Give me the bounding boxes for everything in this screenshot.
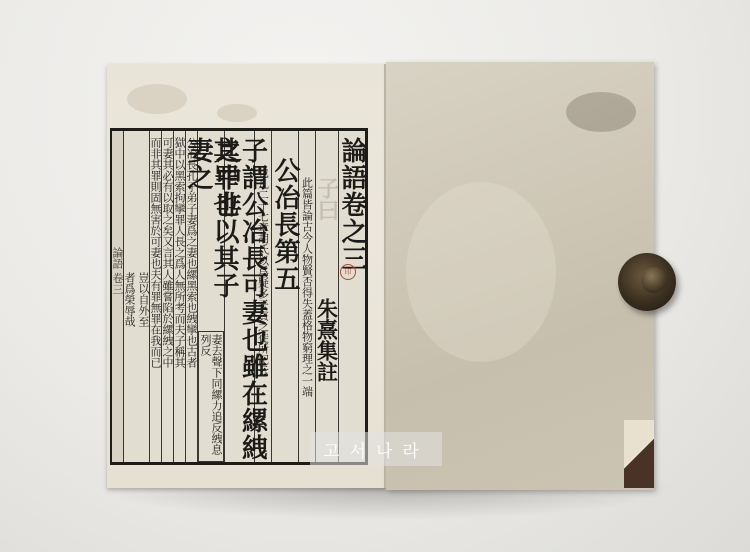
text-columns: 論語卷之三 子曰 朱熹集註 此篇皆論古今人物賢否得失蓋格物窮理之一端 公冶長第五… <box>112 131 365 462</box>
pronunciation-note: 妻去聲下同縲力追反絏息列反 <box>198 331 224 462</box>
column-chapter-title: 公冶長第五 <box>271 131 298 462</box>
watermark: 고서나라 <box>310 432 442 466</box>
volume-title: 論語卷之三 <box>339 137 365 272</box>
commentary-line: 豈以自外至 <box>138 272 149 327</box>
commentary-line: 獄中以黑索拘攣罪人長之爲人無所考而夫子稱其 <box>174 137 185 368</box>
column-commentary: 可妻其必有以取之矣又言其人雖嘗陷於縲絏之中 <box>161 131 173 462</box>
commentator: 朱熹集註 <box>317 298 338 382</box>
column-volume-title: 論語卷之三 <box>338 131 365 462</box>
stain <box>217 104 257 122</box>
bleed-through-text: 子曰 <box>316 177 338 221</box>
stain <box>566 92 636 132</box>
folded-corner <box>624 420 654 488</box>
stain <box>406 182 556 362</box>
commentary-line: 此篇皆論古今人物賢否得失蓋格物窮理之一端 <box>302 177 313 397</box>
commentary-line: 而非其罪則固無害於可妻也夫有罪無罪在我而已 <box>150 137 161 368</box>
right-cover-page <box>386 62 654 490</box>
chapter-title: 公冶長第五 <box>272 157 298 292</box>
commentary-line: 公冶長孔子弟子妻爲之妻也縲黑索也絏攣也古者 <box>186 137 197 368</box>
red-seal: 印 <box>340 264 356 280</box>
column-commentary: 公冶長孔子弟子妻爲之妻也縲黑索也絏攣也古者 <box>185 131 197 462</box>
paperweight-knob <box>641 267 667 293</box>
column-commentary: 獄中以黑索拘攣罪人長之爲人無所考而夫子稱其 <box>173 131 185 462</box>
margin-label: 論語 卷三 <box>112 247 123 295</box>
column-commentator: 子曰 朱熹集註 <box>315 131 338 462</box>
column-commentary: 此篇皆論古今人物賢否得失蓋格物窮理之一端 <box>298 131 315 462</box>
column-margin: 論語 卷三 <box>112 131 123 462</box>
commentary-line: 者爲榮辱哉 <box>124 272 135 327</box>
stain <box>127 84 187 114</box>
brass-paperweight <box>618 253 676 311</box>
column-commentary: 而非其罪則固無害於可妻也夫有罪無罪在我而已 <box>149 131 161 462</box>
print-frame: 論語卷之三 子曰 朱熹集註 此篇皆論古今人物賢否得失蓋格物窮理之一端 公冶長第五… <box>110 128 368 465</box>
seal-stamp-icon: 印 <box>340 264 356 280</box>
commentary-line: 可妻其必有以取之矣又言其人雖嘗陷於縲絏之中 <box>162 137 173 368</box>
column-commentary: 豈以自外至 者爲榮辱哉 <box>123 131 149 462</box>
column-main-text: 其罪也以其子妻之 妻去聲下同縲力追反絏息列反 <box>197 131 224 462</box>
